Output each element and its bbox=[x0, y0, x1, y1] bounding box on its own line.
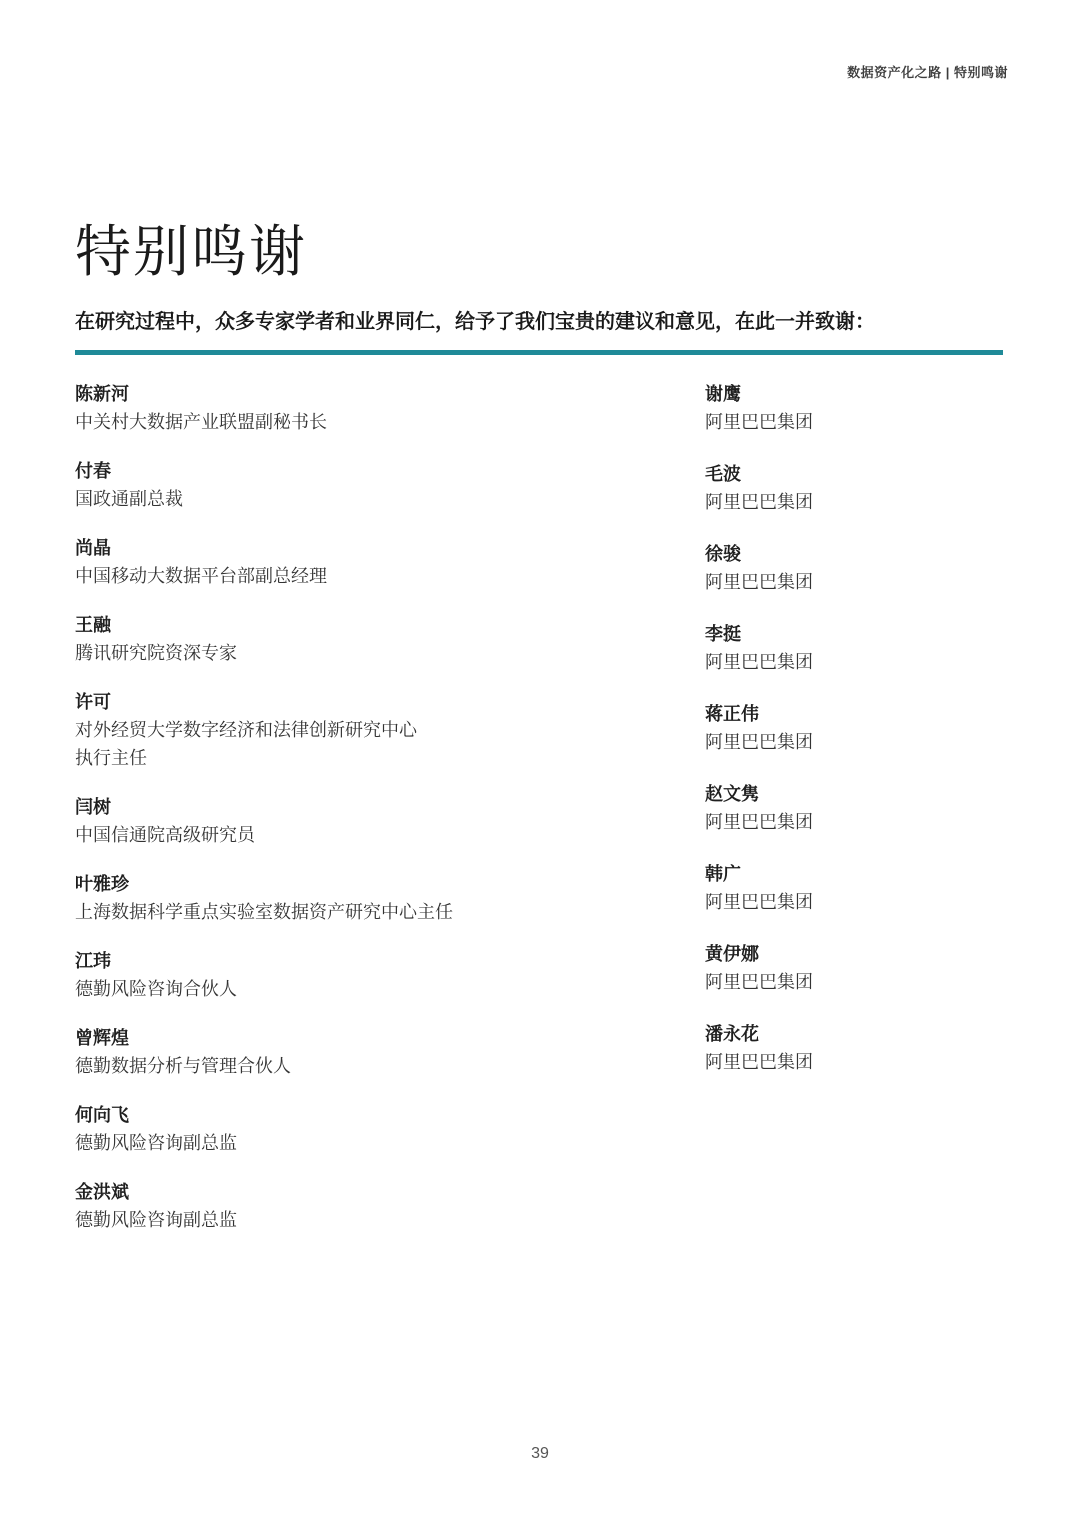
person-organization: 腾讯研究院资深专家 bbox=[75, 639, 705, 667]
page-number: 39 bbox=[0, 1445, 1080, 1463]
person-organization: 德勤数据分析与管理合伙人 bbox=[75, 1052, 705, 1080]
person-organization: 阿里巴巴集团 bbox=[705, 488, 1008, 516]
person-name: 尚晶 bbox=[75, 534, 705, 562]
accent-divider bbox=[75, 350, 1003, 355]
acknowledgement-entry: 金洪斌 德勤风险咨询副总监 bbox=[75, 1178, 705, 1234]
running-header: 数据资产化之路 | 特别鸣谢 bbox=[847, 62, 1008, 81]
person-name: 许可 bbox=[75, 688, 705, 716]
person-name: 何向飞 bbox=[75, 1101, 705, 1129]
intro-text: 在研究过程中，众多专家学者和业界同仁，给予了我们宝贵的建议和意见，在此一并致谢： bbox=[75, 309, 1005, 335]
acknowledgement-entry: 陈新河 中关村大数据产业联盟副秘书长 bbox=[75, 380, 705, 436]
person-organization: 阿里巴巴集团 bbox=[705, 728, 1008, 756]
person-name: 王融 bbox=[75, 611, 705, 639]
person-organization: 阿里巴巴集团 bbox=[705, 568, 1008, 596]
person-name: 黄伊娜 bbox=[705, 940, 1008, 968]
acknowledgement-entry: 尚晶 中国移动大数据平台部副总经理 bbox=[75, 534, 705, 590]
person-organization: 阿里巴巴集团 bbox=[705, 408, 1008, 436]
person-organization: 对外经贸大学数字经济和法律创新研究中心 执行主任 bbox=[75, 716, 705, 772]
person-organization: 中国移动大数据平台部副总经理 bbox=[75, 562, 705, 590]
acknowledgement-entry: 赵文隽 阿里巴巴集团 bbox=[705, 780, 1008, 836]
acknowledgement-entry: 江玮 德勤风险咨询合伙人 bbox=[75, 947, 705, 1003]
acknowledgement-entry: 曾辉煌 德勤数据分析与管理合伙人 bbox=[75, 1024, 705, 1080]
person-organization: 中国信通院高级研究员 bbox=[75, 821, 705, 849]
acknowledgement-entry: 潘永花 阿里巴巴集团 bbox=[705, 1020, 1008, 1076]
person-name: 付春 bbox=[75, 457, 705, 485]
person-name: 赵文隽 bbox=[705, 780, 1008, 808]
person-name: 陈新河 bbox=[75, 380, 705, 408]
person-organization: 德勤风险咨询副总监 bbox=[75, 1206, 705, 1234]
person-name: 闫树 bbox=[75, 793, 705, 821]
person-name: 李挺 bbox=[705, 620, 1008, 648]
person-name: 谢鹰 bbox=[705, 380, 1008, 408]
person-organization: 国政通副总裁 bbox=[75, 485, 705, 513]
acknowledgement-entry: 付春 国政通副总裁 bbox=[75, 457, 705, 513]
acknowledgement-entry: 谢鹰 阿里巴巴集团 bbox=[705, 380, 1008, 436]
person-organization: 德勤风险咨询合伙人 bbox=[75, 975, 705, 1003]
person-name: 金洪斌 bbox=[75, 1178, 705, 1206]
person-organization: 阿里巴巴集团 bbox=[705, 808, 1008, 836]
acknowledgement-entry: 毛波 阿里巴巴集团 bbox=[705, 460, 1008, 516]
person-name: 韩广 bbox=[705, 860, 1008, 888]
acknowledgement-entry: 韩广 阿里巴巴集团 bbox=[705, 860, 1008, 916]
acknowledgement-entry: 许可 对外经贸大学数字经济和法律创新研究中心 执行主任 bbox=[75, 688, 705, 772]
person-organization: 阿里巴巴集团 bbox=[705, 1048, 1008, 1076]
document-page: 数据资产化之路 | 特别鸣谢 特别鸣谢 在研究过程中，众多专家学者和业界同仁，给… bbox=[0, 0, 1080, 1527]
acknowledgement-entry: 王融 腾讯研究院资深专家 bbox=[75, 611, 705, 667]
person-name: 叶雅珍 bbox=[75, 870, 705, 898]
person-name: 曾辉煌 bbox=[75, 1024, 705, 1052]
acknowledgement-columns: 陈新河 中关村大数据产业联盟副秘书长 付春 国政通副总裁 尚晶 中国移动大数据平… bbox=[75, 380, 1008, 1255]
acknowledgement-column-left: 陈新河 中关村大数据产业联盟副秘书长 付春 国政通副总裁 尚晶 中国移动大数据平… bbox=[75, 380, 705, 1255]
person-name: 潘永花 bbox=[705, 1020, 1008, 1048]
person-name: 蒋正伟 bbox=[705, 700, 1008, 728]
person-name: 徐骏 bbox=[705, 540, 1008, 568]
person-organization: 中关村大数据产业联盟副秘书长 bbox=[75, 408, 705, 436]
person-organization: 阿里巴巴集团 bbox=[705, 648, 1008, 676]
person-name: 江玮 bbox=[75, 947, 705, 975]
person-organization: 德勤风险咨询副总监 bbox=[75, 1129, 705, 1157]
person-organization: 阿里巴巴集团 bbox=[705, 968, 1008, 996]
acknowledgement-entry: 闫树 中国信通院高级研究员 bbox=[75, 793, 705, 849]
acknowledgement-entry: 何向飞 德勤风险咨询副总监 bbox=[75, 1101, 705, 1157]
person-organization: 上海数据科学重点实验室数据资产研究中心主任 bbox=[75, 898, 705, 926]
acknowledgement-entry: 叶雅珍 上海数据科学重点实验室数据资产研究中心主任 bbox=[75, 870, 705, 926]
acknowledgement-entry: 李挺 阿里巴巴集团 bbox=[705, 620, 1008, 676]
acknowledgement-column-right: 谢鹰 阿里巴巴集团 毛波 阿里巴巴集团 徐骏 阿里巴巴集团 李挺 阿里巴巴集团 bbox=[705, 380, 1008, 1100]
acknowledgement-entry: 黄伊娜 阿里巴巴集团 bbox=[705, 940, 1008, 996]
acknowledgement-entry: 蒋正伟 阿里巴巴集团 bbox=[705, 700, 1008, 756]
person-organization: 阿里巴巴集团 bbox=[705, 888, 1008, 916]
person-name: 毛波 bbox=[705, 460, 1008, 488]
page-title: 特别鸣谢 bbox=[75, 224, 307, 280]
acknowledgement-entry: 徐骏 阿里巴巴集团 bbox=[705, 540, 1008, 596]
